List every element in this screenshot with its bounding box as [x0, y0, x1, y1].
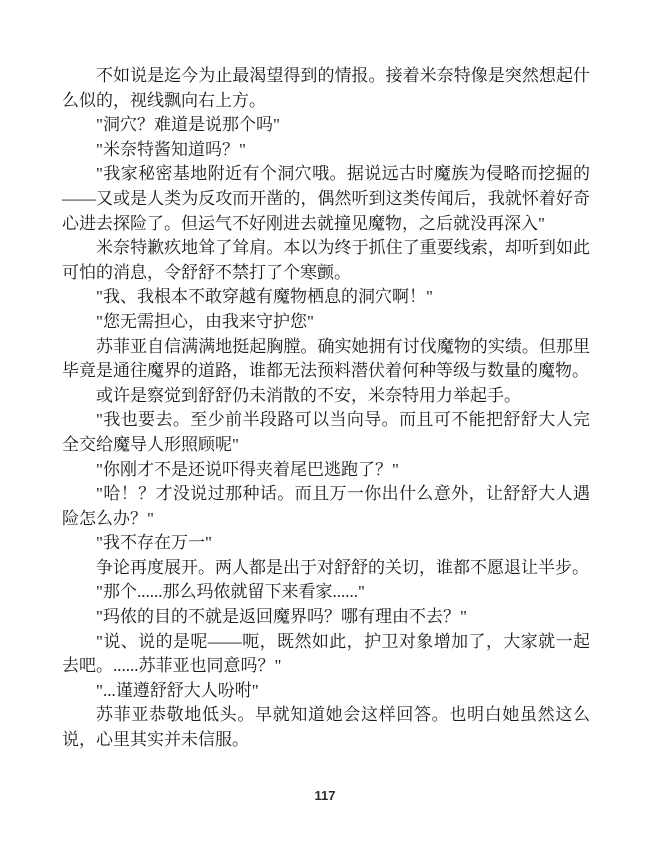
- paragraph: "玛侬的目的不就是返回魔界吗？哪有理由不去？": [62, 605, 590, 630]
- paragraph: 不如说是迄今为止最渴望得到的情报。接着米奈特像是突然想起什么似的，视线飘向右上方…: [62, 64, 590, 113]
- paragraph: 苏菲亚恭敬地低头。早就知道她会这样回答。也明白她虽然这么说，心里其实并未信服。: [62, 703, 590, 752]
- paragraph: "我也要去。至少前半段路可以当向导。而且可不能把舒舒大人完全交给魔导人形照顾呢": [62, 408, 590, 457]
- paragraph: "你刚才不是还说吓得夹着尾巴逃跑了？": [62, 458, 590, 483]
- paragraph: 或许是察觉到舒舒仍未消散的不安，米奈特用力举起手。: [62, 384, 590, 409]
- page-number: 117: [0, 788, 650, 803]
- paragraph: "米奈特酱知道吗？": [62, 138, 590, 163]
- paragraph: "说、说的是呢——呃，既然如此，护卫对象增加了，大家就一起去吧。......苏菲…: [62, 630, 590, 679]
- page-body: 不如说是迄今为止最渴望得到的情报。接着米奈特像是突然想起什么似的，视线飘向右上方…: [62, 64, 590, 753]
- paragraph: "我家秘密基地附近有个洞穴哦。据说远古时魔族为侵略而挖掘的——又或是人类为反攻而…: [62, 162, 590, 236]
- paragraph: "那个......那么玛侬就留下来看家......": [62, 580, 590, 605]
- paragraph: "...谨遵舒舒大人吩咐": [62, 679, 590, 704]
- paragraph: "我、我根本不敢穿越有魔物栖息的洞穴啊！": [62, 285, 590, 310]
- paragraph: "我不存在万一": [62, 531, 590, 556]
- paragraph: 米奈特歉疚地耸了耸肩。本以为终于抓住了重要线索，却听到如此可怕的消息，令舒舒不禁…: [62, 236, 590, 285]
- document-page: 不如说是迄今为止最渴望得到的情报。接着米奈特像是突然想起什么似的，视线飘向右上方…: [0, 0, 650, 850]
- paragraph: 苏菲亚自信满满地挺起胸膛。确实她拥有讨伐魔物的实绩。但那里毕竟是通往魔界的道路，…: [62, 335, 590, 384]
- paragraph: "您无需担心，由我来守护您": [62, 310, 590, 335]
- paragraph: 争论再度展开。两人都是出于对舒舒的关切，谁都不愿退让半步。: [62, 556, 590, 581]
- paragraph: "洞穴？难道是说那个吗": [62, 113, 590, 138]
- paragraph: "哈！？才没说过那种话。而且万一你出什么意外，让舒舒大人遇险怎么办？": [62, 482, 590, 531]
